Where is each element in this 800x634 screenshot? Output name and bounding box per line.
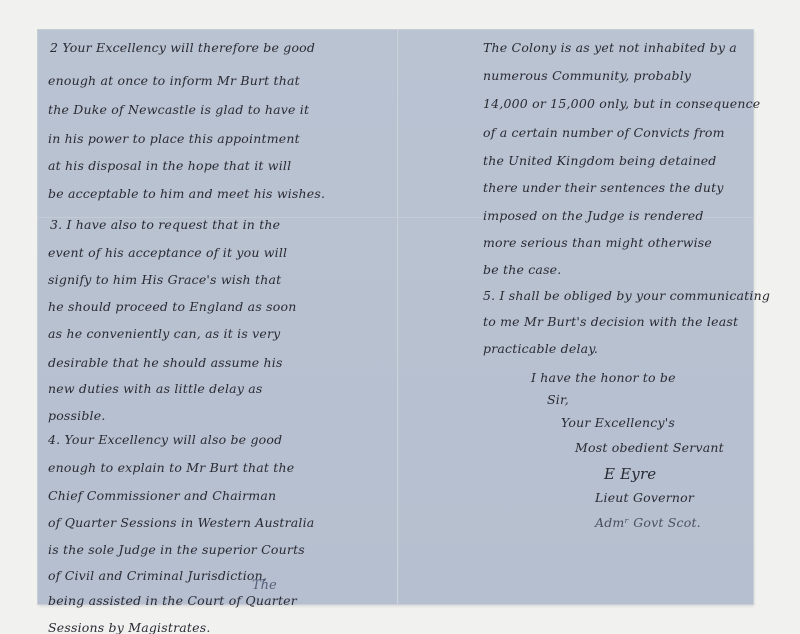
text-line: numerous Community, probably	[483, 68, 691, 83]
text-line: 2 Your Excellency will therefore be good	[50, 40, 315, 55]
text-line: desirable that he should assume his	[48, 355, 283, 370]
text-line: 4. Your Excellency will also be good	[48, 432, 282, 447]
text-line: there under their sentences the duty	[483, 180, 724, 195]
signature: E Eyre	[604, 465, 656, 483]
text-line: The Colony is as yet not inhabited by a	[483, 40, 737, 55]
text-line: of Civil and Criminal Jurisdiction,	[48, 568, 267, 583]
closing-address: Your Excellency's	[561, 415, 675, 430]
text-line: being assisted in the Court of Quarter	[48, 593, 297, 608]
left-page: 2 Your Excellency will therefore be good…	[38, 30, 396, 604]
closing-servant: Most obedient Servant	[575, 440, 724, 455]
text-line: Chief Commissioner and Chairman	[48, 488, 276, 503]
text-line: to me Mr Burt's decision with the least	[483, 314, 738, 329]
text-line: the Duke of Newcastle is glad to have it	[48, 102, 309, 117]
text-line: event of his acceptance of it you will	[48, 245, 287, 260]
signatory-title: Lieut Governor	[595, 490, 694, 505]
text-line: 3. I have also to request that in the	[50, 217, 280, 232]
text-line: more serious than might otherwise	[483, 235, 712, 250]
text-line: enough at once to inform Mr Burt that	[48, 73, 300, 88]
text-line: possible.	[48, 408, 106, 423]
text-line: is the sole Judge in the superior Courts	[48, 542, 305, 557]
letter-sheet: 2 Your Excellency will therefore be good…	[38, 30, 753, 604]
text-line: Sessions by Magistrates.	[48, 620, 211, 634]
closing-honour: I have the honor to be	[531, 370, 676, 385]
text-line: he should proceed to England as soon	[48, 299, 296, 314]
catchword: The	[252, 578, 277, 593]
text-line: enough to explain to Mr Burt that the	[48, 460, 294, 475]
text-line: at his disposal in the hope that it will	[48, 158, 291, 173]
text-line: imposed on the Judge is rendered	[483, 208, 704, 223]
text-line: be the case.	[483, 262, 561, 277]
text-line: as he conveniently can, as it is very	[48, 326, 280, 341]
text-line: of a certain number of Convicts from	[483, 125, 725, 140]
text-line: signify to him His Grace's wish that	[48, 272, 281, 287]
text-line: of Quarter Sessions in Western Australia	[48, 515, 314, 530]
closing-salutation: Sir,	[547, 392, 569, 407]
text-line: 14,000 or 15,000 only, but in consequenc…	[483, 96, 760, 111]
text-line: 5. I shall be obliged by your communicat…	[483, 288, 770, 303]
text-line: in his power to place this appointment	[48, 131, 300, 146]
right-page: The Colony is as yet not inhabited by a …	[399, 30, 753, 604]
text-line: the United Kingdom being detained	[483, 153, 717, 168]
text-line: be acceptable to him and meet his wishes…	[48, 186, 325, 201]
text-line: new duties with as little delay as	[48, 381, 263, 396]
signatory-title-2: Admʳ Govt Scot.	[595, 515, 701, 530]
text-line: practicable delay.	[483, 341, 598, 356]
